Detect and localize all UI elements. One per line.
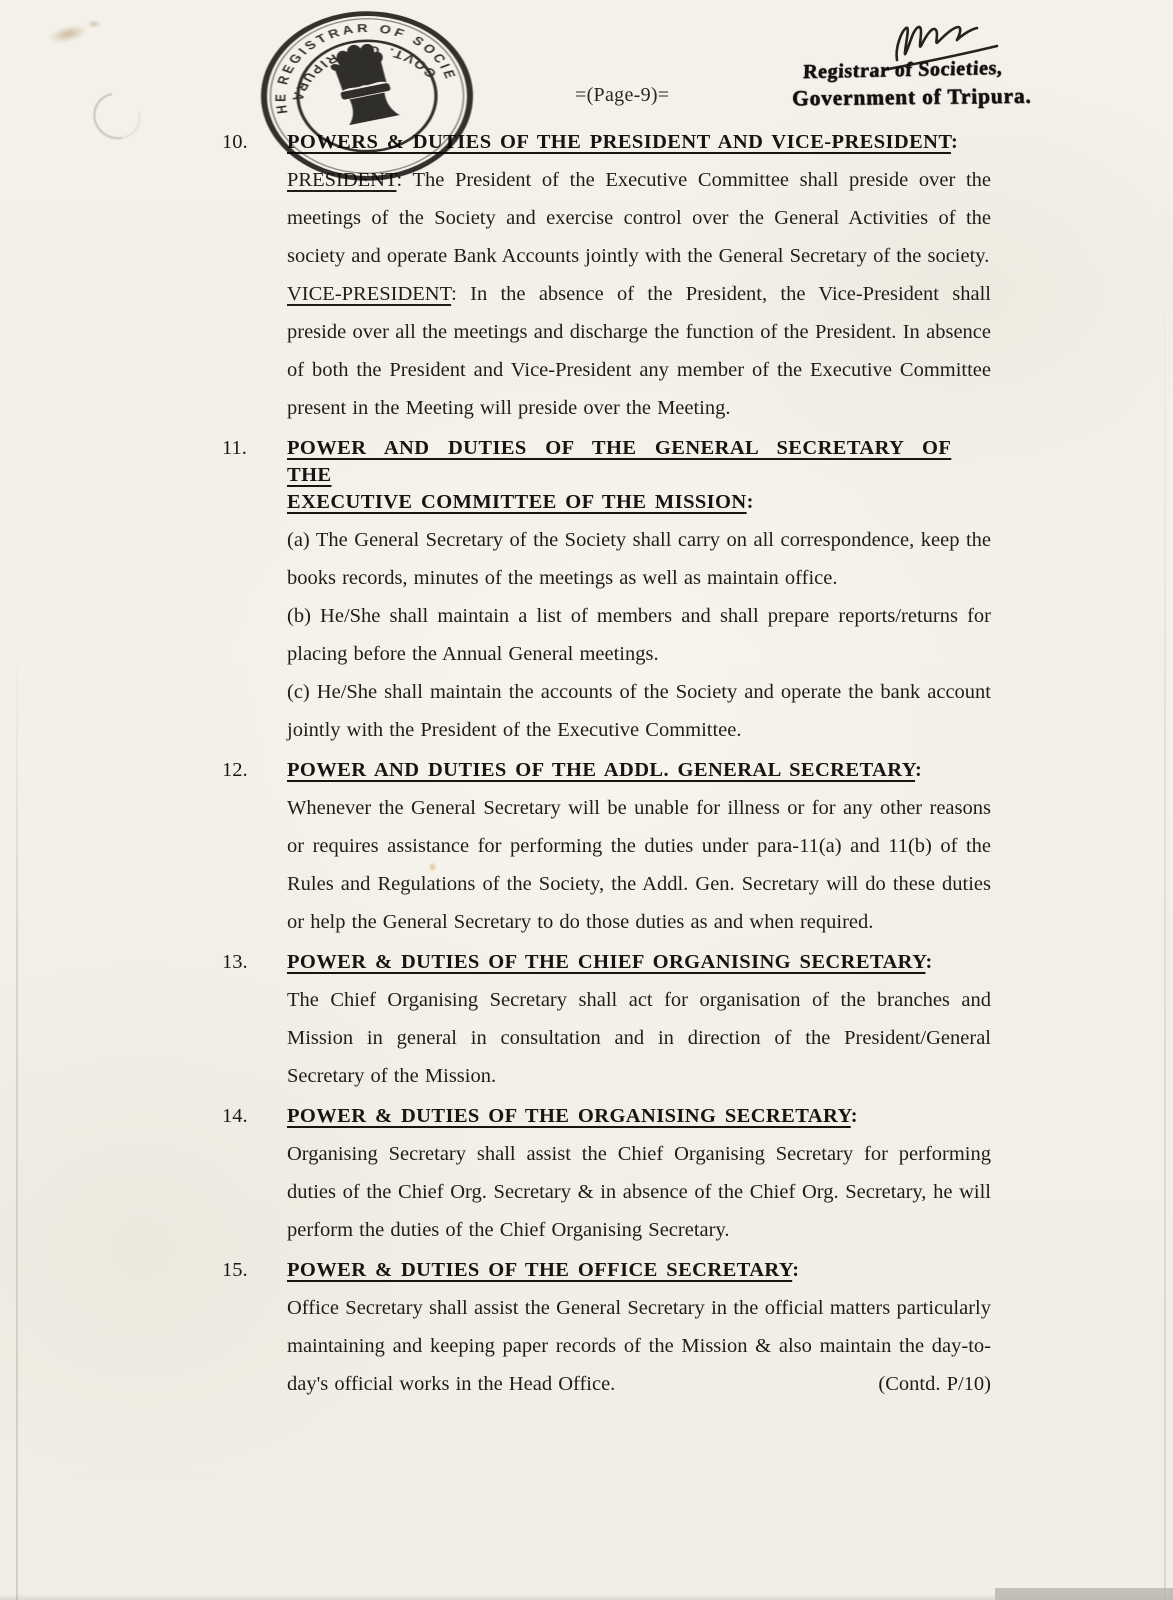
scanned-document-page: =(Page-9)= Registrar of Societies, Gover… — [0, 0, 1173, 1600]
section-body: Organising Secretary shall assist the Ch… — [287, 1135, 991, 1249]
section-body: PRESIDENT: The President of the Executiv… — [287, 161, 991, 427]
page-number-label: =(Page-9)= — [575, 84, 669, 107]
section-heading-text: EXECUTIVE COMMITTEE OF THE MISSION — [287, 491, 747, 513]
section-heading: POWER & DUTIES OF THE OFFICE SECRETARY: — [287, 1257, 991, 1284]
section-heading-text: POWER & DUTIES OF THE OFFICE SECRETARY — [287, 1259, 792, 1281]
contd-note: (Contd. P/10) — [878, 1365, 991, 1403]
section-number: 10. — [222, 129, 287, 156]
section-heading-colon: : — [747, 491, 754, 513]
paragraph: The Chief Organising Secretary shall act… — [287, 981, 991, 1095]
section-heading-colon: : — [915, 759, 922, 781]
section-heading-text: POWER & DUTIES OF THE CHIEF ORGANISING S… — [287, 951, 925, 973]
section-heading: POWER AND DUTIES OF THE ADDL. GENERAL SE… — [287, 757, 991, 784]
scan-smudge — [86, 20, 102, 28]
section-number: 13. — [222, 949, 287, 976]
section-body: The Chief Organising Secretary shall act… — [287, 981, 991, 1095]
paragraph: PRESIDENT: The President of the Executiv… — [287, 161, 991, 275]
authority-block: Registrar of Societies, Government of Tr… — [770, 8, 1170, 128]
section-number: 12. — [222, 757, 287, 784]
section-heading-text: POWER & DUTIES OF THE ORGANISING SECRETA… — [287, 1105, 851, 1127]
section-body: Office Secretary shall assist the Genera… — [287, 1289, 991, 1403]
section-heading-text: POWER AND DUTIES OF THE ADDL. GENERAL SE… — [287, 759, 915, 781]
section-heading: POWER & DUTIES OF THE CHIEF ORGANISING S… — [287, 949, 991, 976]
paragraph: VICE-PRESIDENT: In the absence of the Pr… — [287, 275, 991, 427]
section-body: Whenever the General Secretary will be u… — [287, 789, 991, 941]
section-heading-text: POWERS & DUTIES OF THE PRESIDENT AND VIC… — [287, 131, 951, 153]
section-heading: POWERS & DUTIES OF THE PRESIDENT AND VIC… — [287, 129, 991, 156]
section-number: 14. — [222, 1103, 287, 1130]
paragraph: (c) He/She shall maintain the accounts o… — [287, 673, 991, 749]
section-content: POWER & DUTIES OF THE ORGANISING SECRETA… — [287, 1103, 991, 1249]
section: 12. POWER AND DUTIES OF THE ADDL. GENERA… — [0, 757, 1173, 941]
section-body: (a) The General Secretary of the Society… — [287, 521, 991, 749]
seal-arc-top-text: OF THE REGISTRAR OF SOCIETIES — [257, 8, 460, 121]
section-heading-text: POWER AND DUTIES OF THE GENERAL SECRETAR… — [287, 437, 951, 486]
section: 14. POWER & DUTIES OF THE ORGANISING SEC… — [0, 1103, 1173, 1249]
paragraph: Whenever the General Secretary will be u… — [287, 789, 991, 941]
registrar-stamp-line-2: Government of Tripura. — [792, 84, 1032, 112]
section-content: POWERS & DUTIES OF THE PRESIDENT AND VIC… — [287, 129, 991, 427]
paragraph: Office Secretary shall assist the Genera… — [287, 1289, 991, 1403]
section-heading: POWER & DUTIES OF THE ORGANISING SECRETA… — [287, 1103, 991, 1130]
seal-arc-bottom-text: GOVT. OF TRIPURA — [276, 31, 442, 108]
section: 11. POWER AND DUTIES OF THE GENERAL SECR… — [0, 435, 1173, 749]
section: 13. POWER & DUTIES OF THE CHIEF ORGANISI… — [0, 949, 1173, 1095]
section: 10. POWERS & DUTIES OF THE PRESIDENT AND… — [0, 129, 1173, 427]
paragraph: (a) The General Secretary of the Society… — [287, 521, 991, 597]
section-number: 11. — [222, 435, 287, 462]
paragraph-label: PRESIDENT — [287, 169, 396, 191]
section-heading-colon: : — [951, 131, 958, 153]
section-heading: POWER AND DUTIES OF THE GENERAL SECRETAR… — [287, 435, 991, 516]
section-content: POWER & DUTIES OF THE CHIEF ORGANISING S… — [287, 949, 991, 1095]
paragraph: Organising Secretary shall assist the Ch… — [287, 1135, 991, 1249]
section-heading-colon: : — [925, 951, 932, 973]
section-content: POWER & DUTIES OF THE OFFICE SECRETARY: … — [287, 1257, 991, 1403]
paragraph-label: VICE-PRESIDENT — [287, 283, 451, 305]
ashoka-emblem-icon — [325, 40, 400, 125]
section-heading-colon: : — [851, 1105, 858, 1127]
paragraph: (b) He/She shall maintain a list of memb… — [287, 597, 991, 673]
section-heading-colon: : — [792, 1259, 799, 1281]
section: 15. POWER & DUTIES OF THE OFFICE SECRETA… — [0, 1257, 1173, 1403]
sections: 10. POWERS & DUTIES OF THE PRESIDENT AND… — [0, 129, 1173, 1403]
section-number: 15. — [222, 1257, 287, 1284]
section-content: POWER AND DUTIES OF THE ADDL. GENERAL SE… — [287, 757, 991, 941]
section-content: POWER AND DUTIES OF THE GENERAL SECRETAR… — [287, 435, 991, 749]
scan-corner-band — [995, 1588, 1173, 1600]
registrar-stamp-line-1: Registrar of Societies, — [802, 57, 1003, 84]
scan-smudge — [47, 21, 90, 46]
